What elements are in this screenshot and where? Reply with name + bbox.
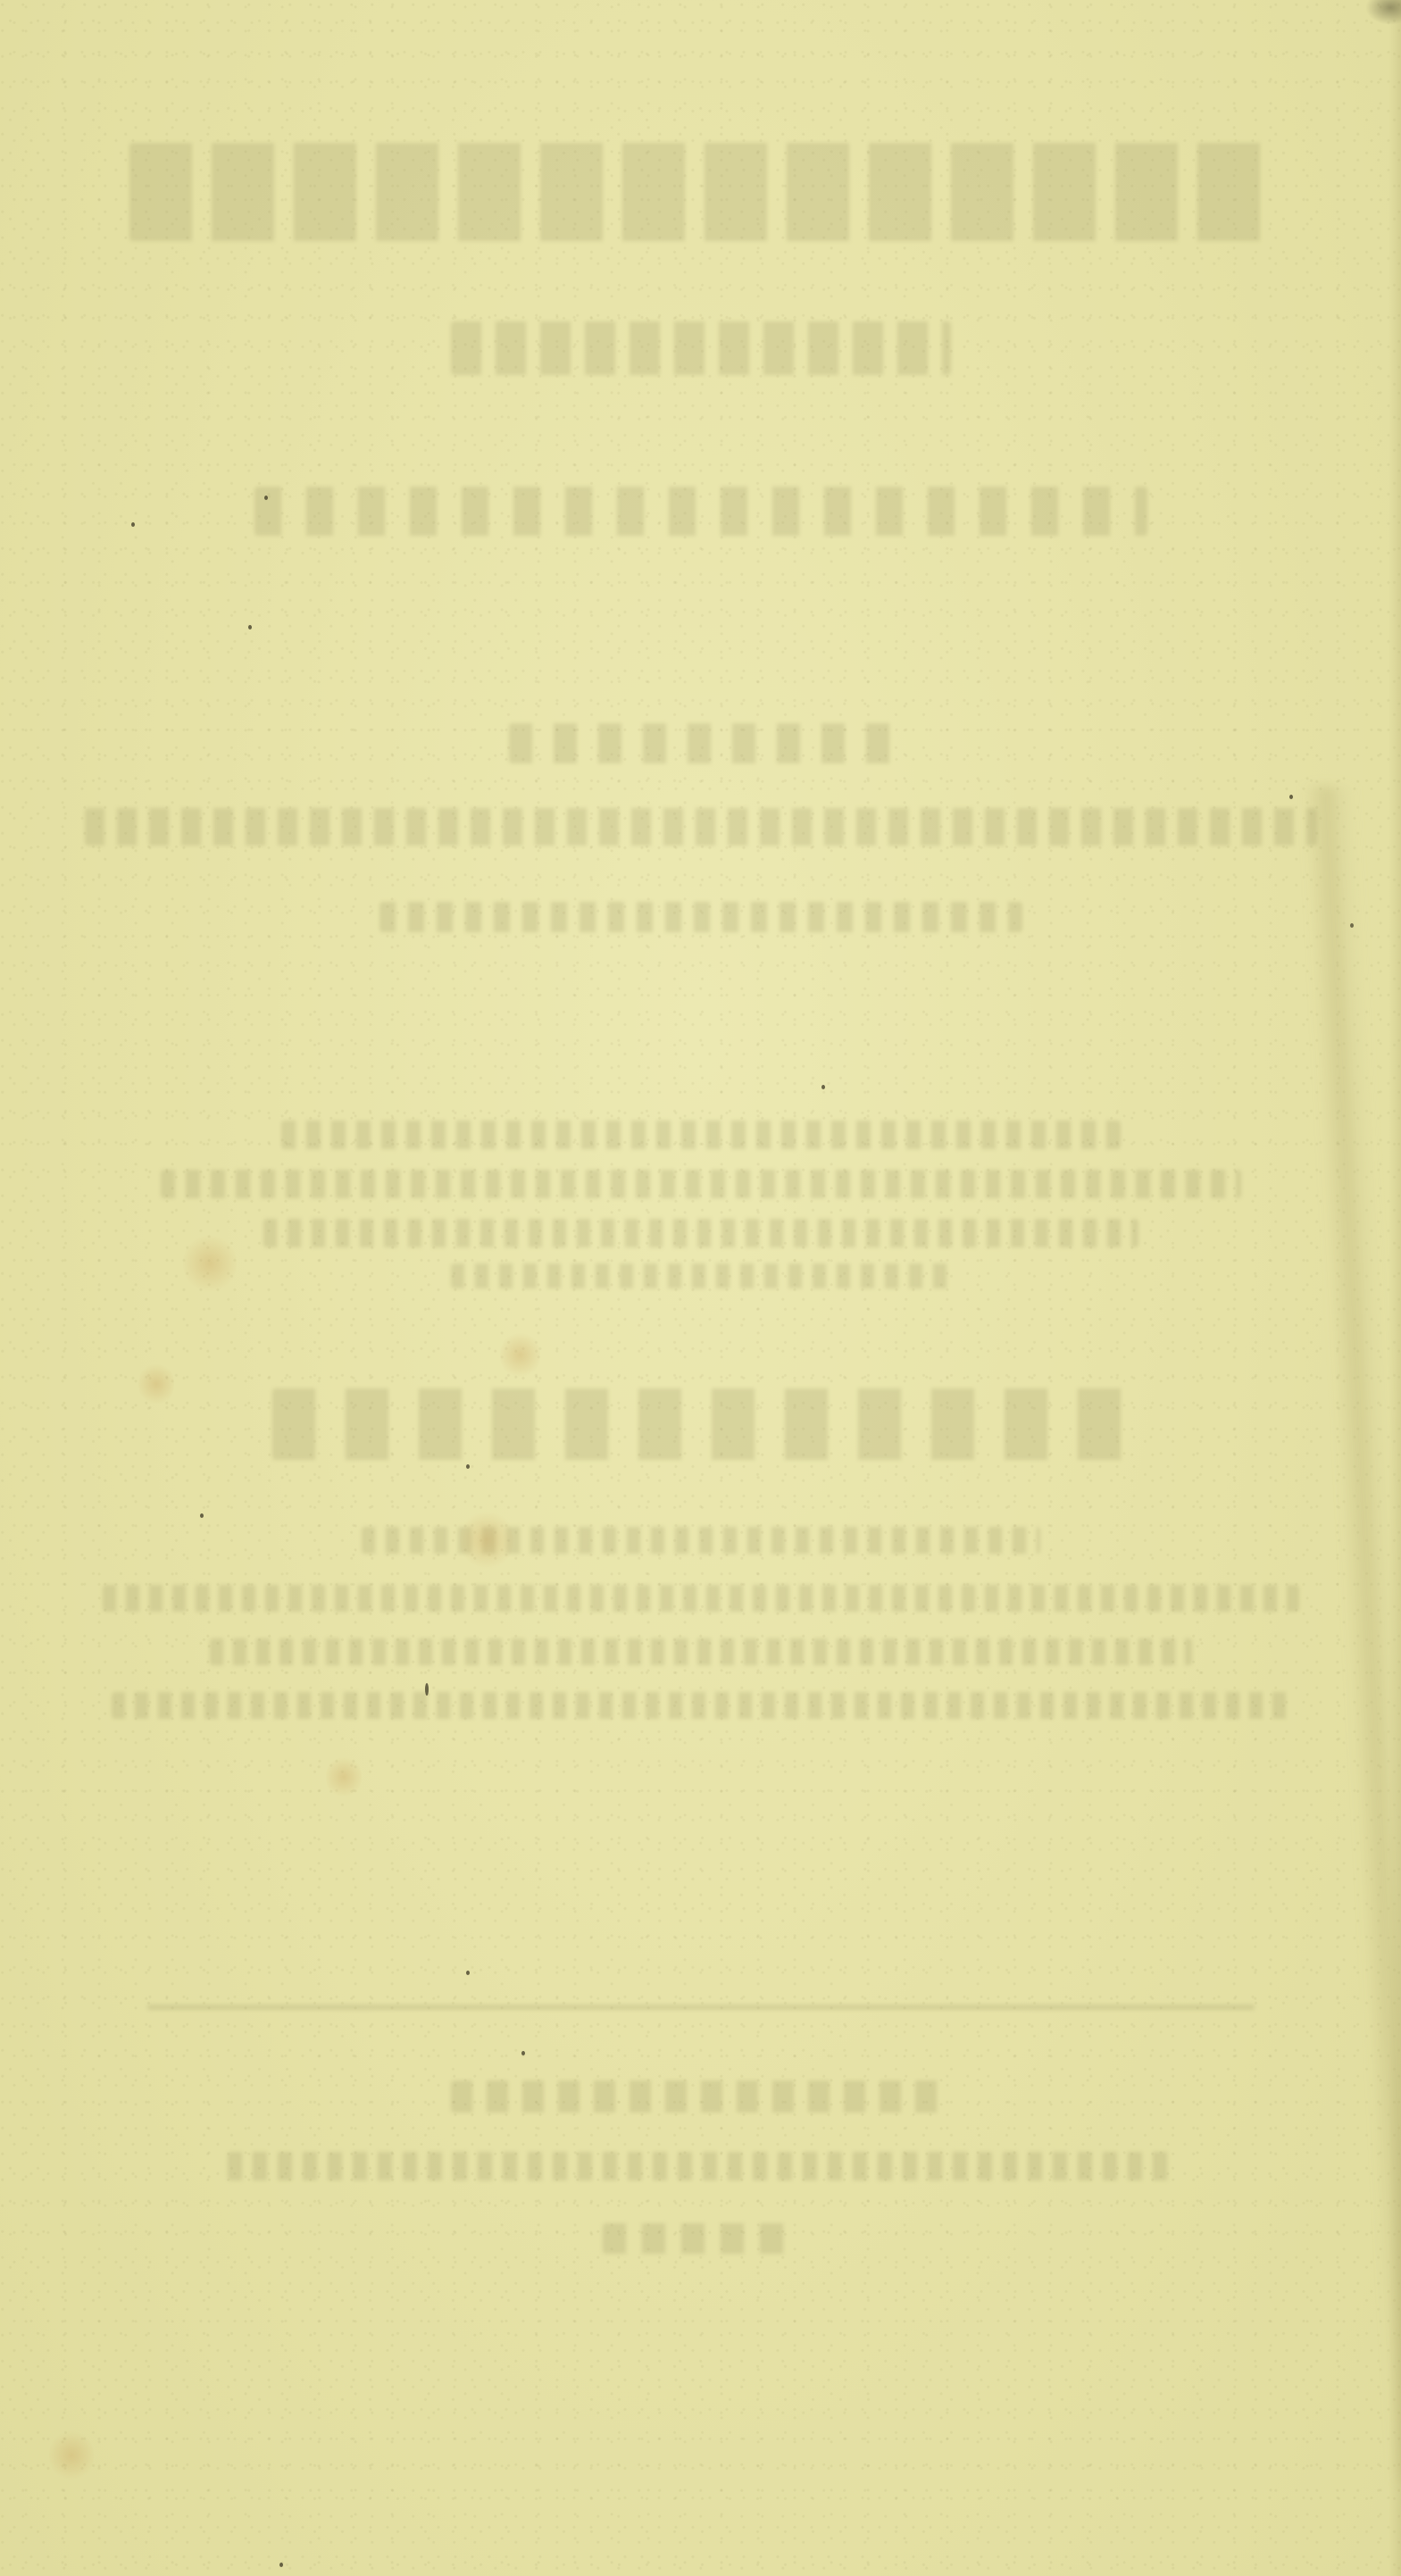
paper-speck: [1289, 795, 1293, 799]
show-through-line: [0, 902, 1401, 932]
show-through-line: [0, 1170, 1401, 1198]
paper-speck: [200, 1513, 204, 1518]
show-through-line: [0, 2080, 1401, 2113]
show-through-line: [0, 1692, 1401, 1719]
paper-speck: [279, 2563, 283, 2567]
foxing-spot: [460, 1509, 513, 1571]
show-through-line: [0, 1121, 1401, 1149]
paper-speck: [131, 522, 135, 527]
show-through-line: [0, 1638, 1401, 1665]
show-through-line: [0, 1585, 1401, 1612]
show-through-line: [0, 2223, 1401, 2254]
foxing-spot: [183, 1232, 237, 1295]
blank-book-page: [0, 0, 1401, 2576]
paper-speck: [466, 1971, 470, 1975]
paper-speck: [248, 625, 252, 629]
foxing-spot: [138, 1362, 174, 1406]
corner-stain: [1365, 0, 1401, 25]
page-edge-shadow: [1388, 0, 1401, 2576]
show-through-rule: [0, 2005, 1401, 2010]
show-through-line: [0, 321, 1401, 375]
paper-speck: [425, 1683, 429, 1696]
show-through-line: [0, 1527, 1401, 1554]
paper-speck: [521, 2051, 525, 2055]
show-through-line: [0, 723, 1401, 763]
foxing-spot: [49, 2429, 94, 2482]
foxing-spot: [326, 1755, 362, 1799]
show-through-line: [0, 487, 1401, 536]
paper-speck: [466, 1464, 470, 1469]
foxing-spot: [500, 1330, 540, 1380]
show-through-line: [0, 808, 1401, 846]
paper-speck: [264, 496, 268, 500]
show-through-line: [0, 143, 1401, 241]
show-through-line: [0, 1388, 1401, 1460]
show-through-line: [0, 2152, 1401, 2180]
paper-speck: [821, 1085, 825, 1089]
